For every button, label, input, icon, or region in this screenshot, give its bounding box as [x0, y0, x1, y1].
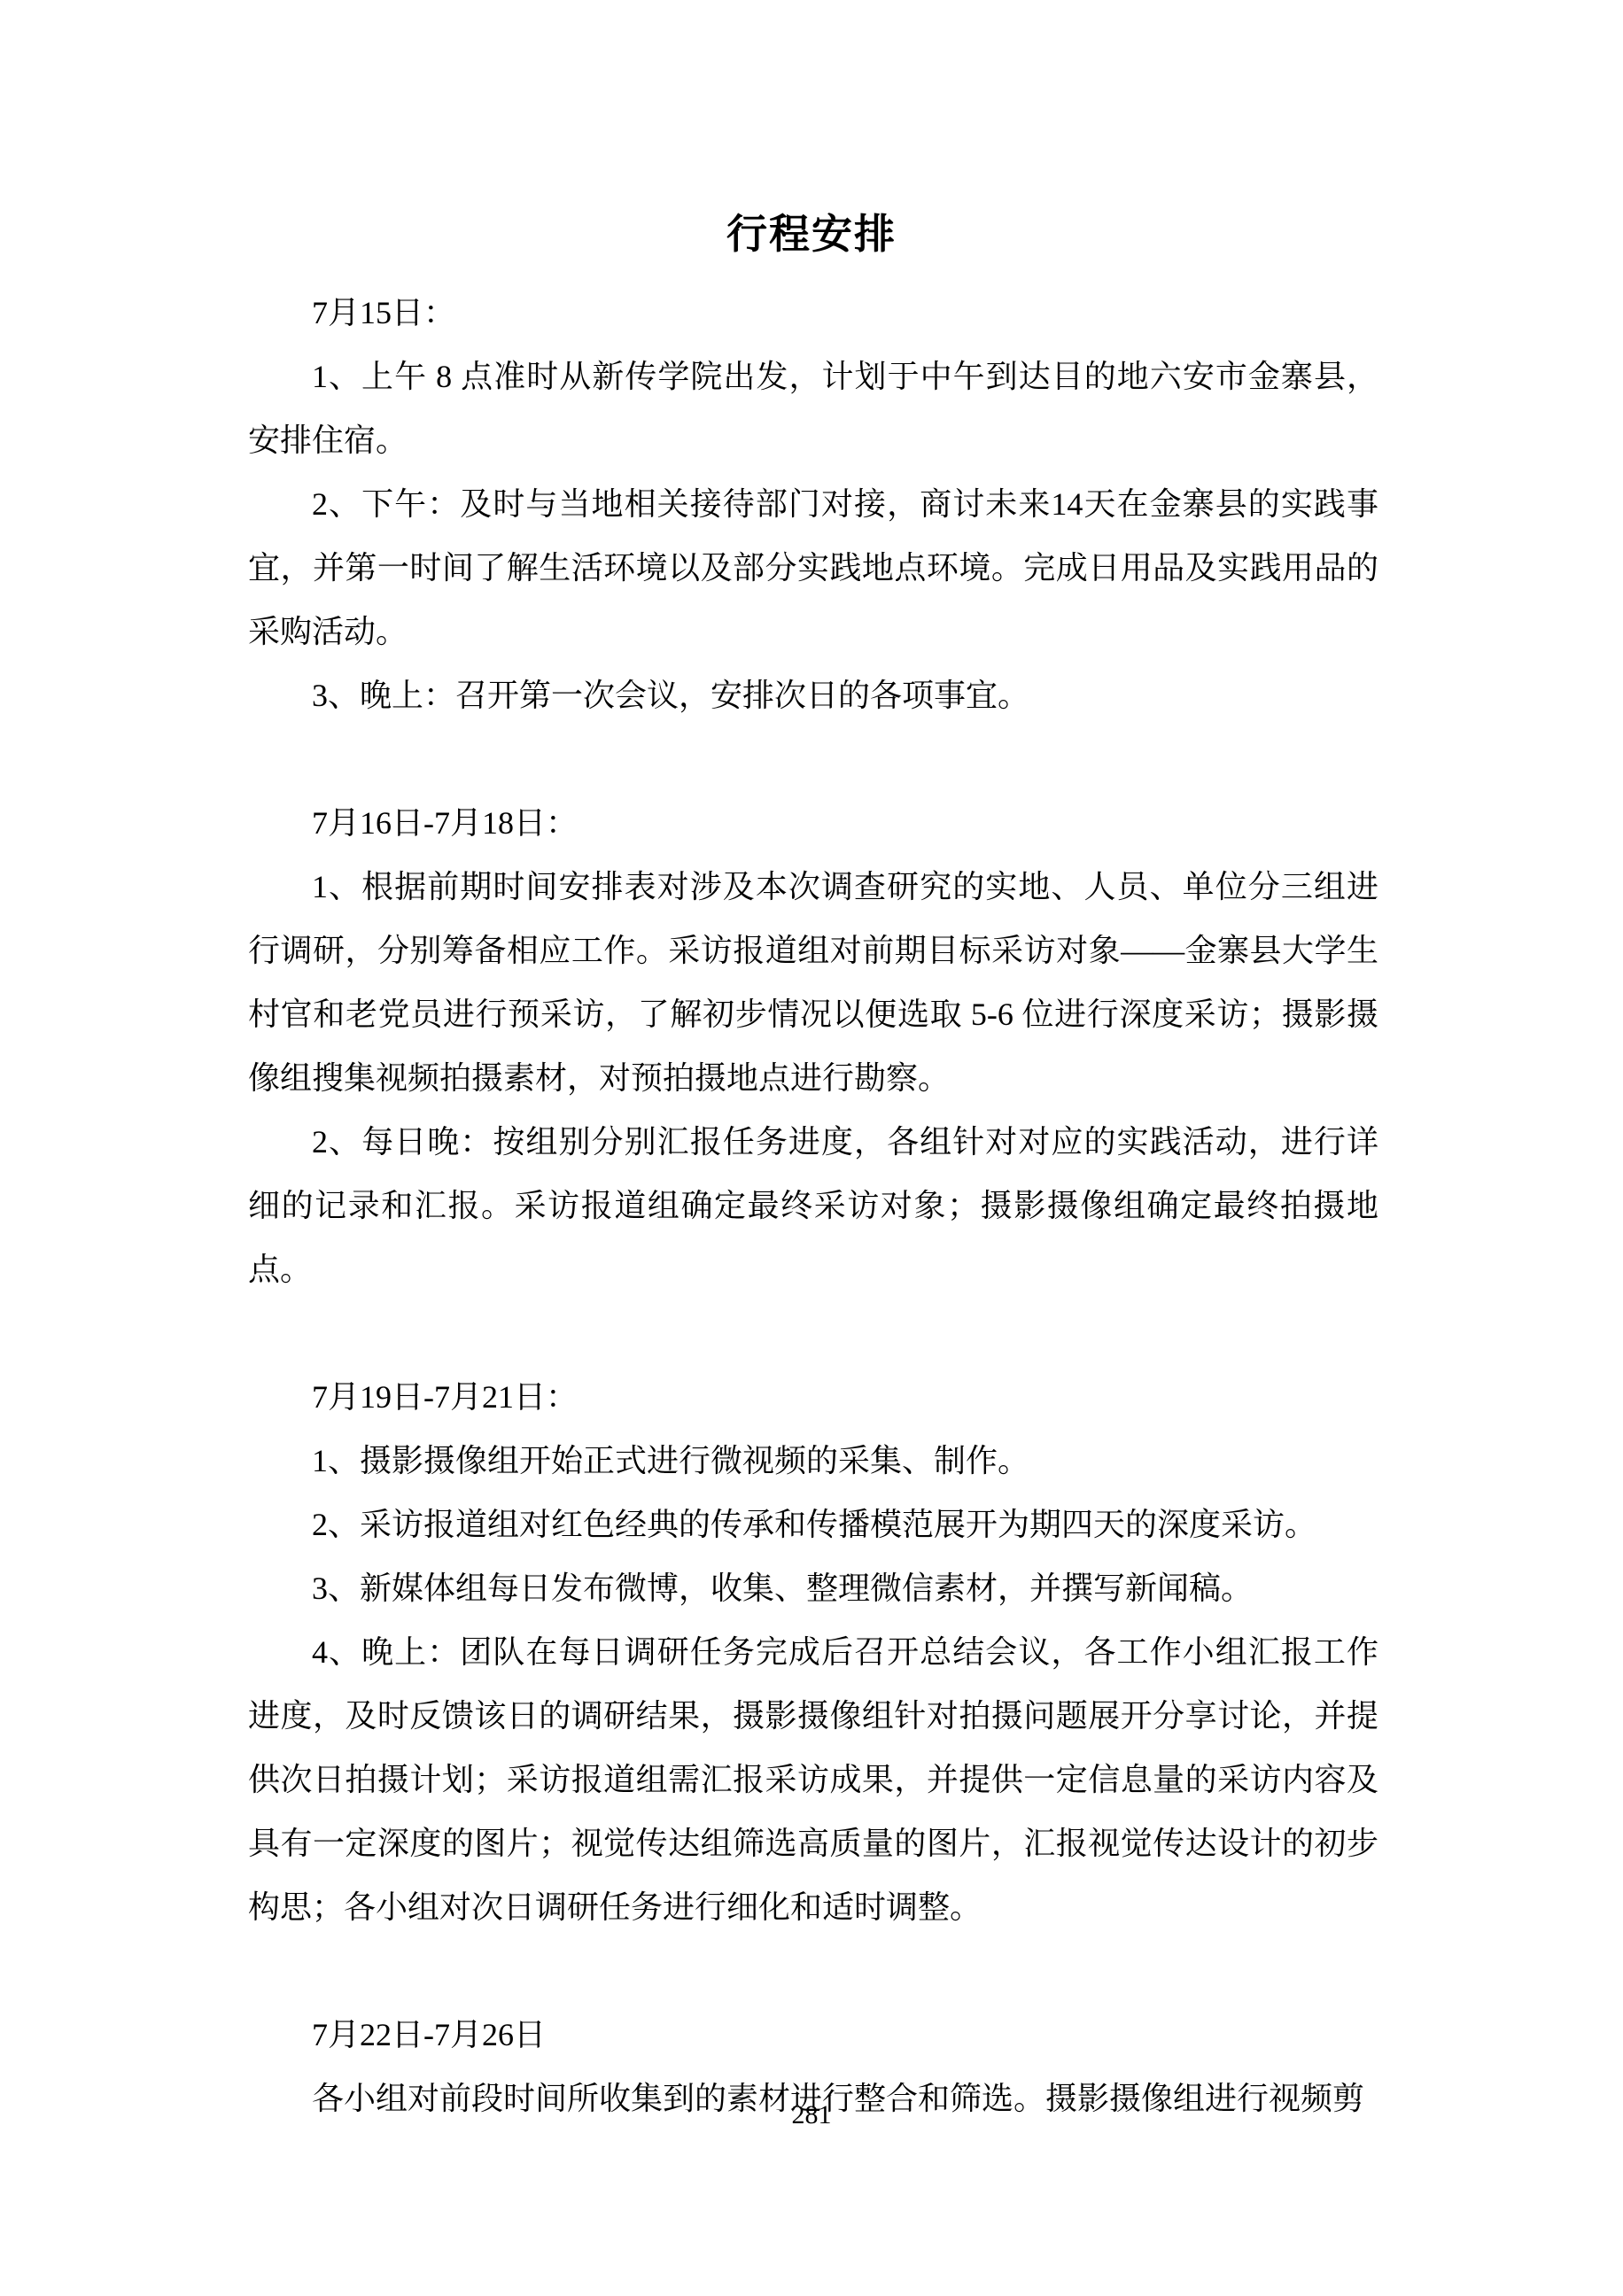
section-jul-19-21: 7月19日-7月21日： 1、摄影摄像组开始正式进行微视频的采集、制作。 2、采… [248, 1365, 1378, 1939]
paragraph: 3、晚上：召开第一次会议，安排次日的各项事宜。 [248, 663, 1378, 727]
paragraph: 2、下午：及时与当地相关接待部门对接，商讨未来14天在金寨县的实践事宜，并第一时… [248, 472, 1378, 663]
paragraph: 1、根据前期时间安排表对涉及本次调查研究的实地、人员、单位分三组进行调研，分别筹… [248, 855, 1378, 1110]
paragraph: 2、采访报道组对红色经典的传承和传播模范展开为期四天的深度采访。 [248, 1493, 1378, 1556]
paragraph: 2、每日晚：按组别分别汇报任务进度，各组针对对应的实践活动，进行详细的记录和汇报… [248, 1110, 1378, 1301]
section-heading: 7月16日-7月18日： [248, 791, 1378, 855]
page-title: 行程安排 [0, 211, 1623, 257]
section-jul-15: 7月15日： 1、上午 8 点准时从新传学院出发，计划于中午到达目的地六安市金寨… [248, 281, 1378, 727]
document-page: 行程安排 7月15日： 1、上午 8 点准时从新传学院出发，计划于中午到达目的地… [0, 0, 1623, 2296]
paragraph: 1、上午 8 点准时从新传学院出发，计划于中午到达目的地六安市金寨县，安排住宿。 [248, 345, 1378, 472]
section-heading: 7月19日-7月21日： [248, 1365, 1378, 1429]
section-jul-16-18: 7月16日-7月18日： 1、根据前期时间安排表对涉及本次调查研究的实地、人员、… [248, 791, 1378, 1301]
document-body: 7月15日： 1、上午 8 点准时从新传学院出发，计划于中午到达目的地六安市金寨… [248, 281, 1378, 2130]
paragraph: 1、摄影摄像组开始正式进行微视频的采集、制作。 [248, 1429, 1378, 1493]
page-number: 281 [0, 2099, 1623, 2131]
paragraph: 3、新媒体组每日发布微博，收集、整理微信素材，并撰写新闻稿。 [248, 1556, 1378, 1620]
section-heading: 7月22日-7月26日 [248, 2003, 1378, 2067]
paragraph: 4、晚上：团队在每日调研任务完成后召开总结会议，各工作小组汇报工作进度，及时反馈… [248, 1620, 1378, 1939]
section-heading: 7月15日： [248, 281, 1378, 345]
